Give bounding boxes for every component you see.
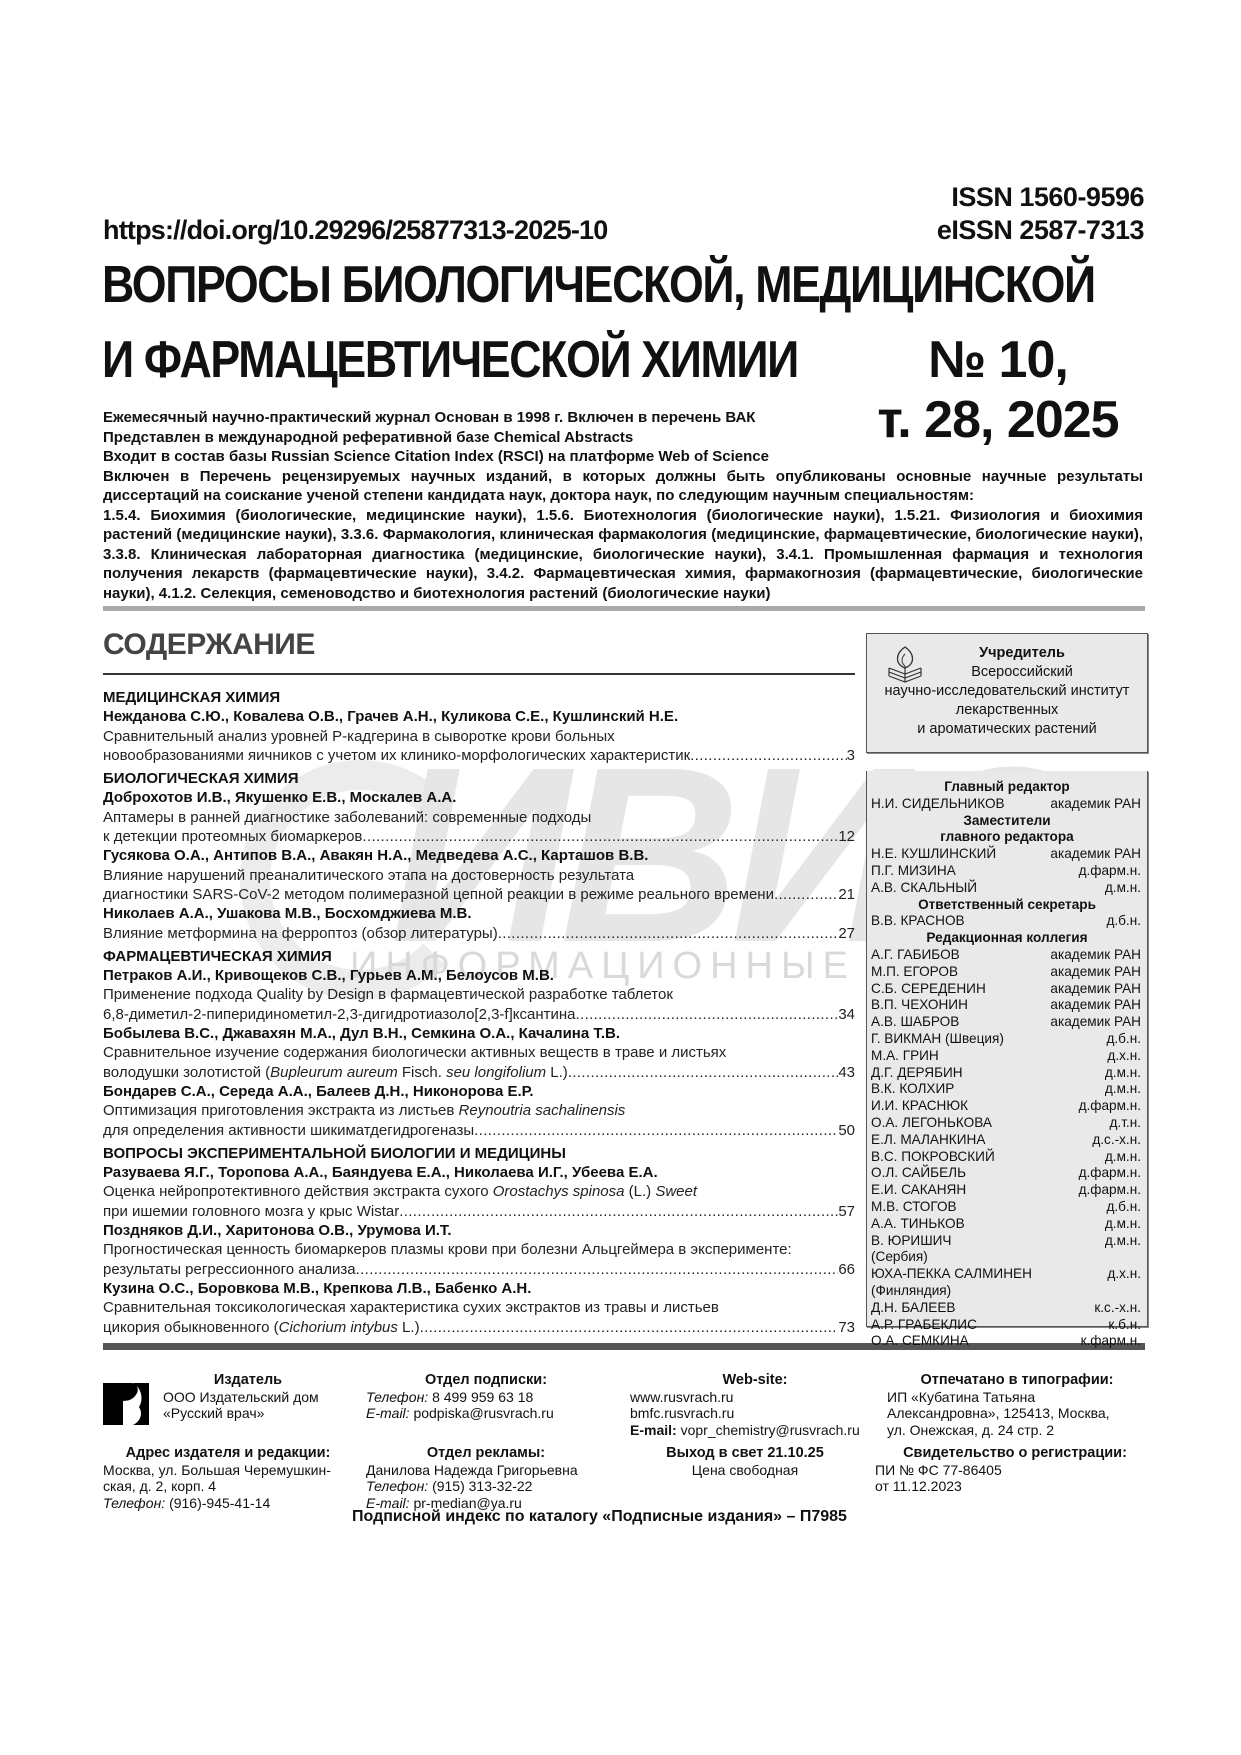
toc-page-number[interactable]: 34 [838, 1005, 855, 1024]
board-member: В.С. ПОКРОВСКИЙд.м.н. [867, 1149, 1147, 1166]
toc-article-title: Сравнительное изучение содержания биолог… [103, 1043, 855, 1062]
member-degree: д.фарм.н. [1079, 1098, 1141, 1115]
member-degree: д.х.н. [1107, 1266, 1141, 1283]
member-degree: к.фарм.н. [1081, 1333, 1141, 1350]
printing-line: Александровна», 125413, Москва, [887, 1405, 1147, 1422]
ads-phone[interactable]: (915) 313-32-22 [432, 1478, 532, 1494]
member-name: О.Л. САЙБЕЛЬ [871, 1165, 966, 1182]
member-degree: д.б.н. [1106, 1031, 1141, 1048]
board-member: Д.Н. БАЛЕЕВк.с.-х.н. [867, 1300, 1147, 1317]
member-degree: д.фарм.н. [1079, 1165, 1141, 1182]
member-name: И.И. КРАСНЮК [871, 1098, 968, 1115]
board-member: В. ЮРИШИЧд.м.н. [867, 1233, 1147, 1250]
toc-article-title-last: Влияние метформина на ферроптоз (обзор л… [103, 924, 855, 943]
founder-line: научно-исследовательский институт [867, 682, 1147, 701]
ads-contact: Данилова Надежда Григорьевна [366, 1462, 606, 1479]
dot-leader [474, 1121, 838, 1140]
dot-leader [576, 1005, 839, 1024]
registration-heading: Свидетельство о регистрации: [875, 1445, 1155, 1462]
member-degree: академик РАН [1050, 846, 1141, 863]
toc-page-number[interactable]: 27 [838, 924, 855, 943]
founder-box: Учредитель Всероссийский научно-исследов… [866, 633, 1148, 753]
member-degree: к.с.-х.н. [1094, 1300, 1141, 1317]
phone-label: Телефон: [366, 1389, 428, 1405]
dot-leader [774, 885, 838, 904]
toc-page-number[interactable]: 57 [838, 1202, 855, 1221]
toc-article-title-last: результаты регрессионного анализа66 [103, 1260, 855, 1279]
subscription-email[interactable]: podpiska@rusvrach.ru [413, 1405, 553, 1421]
printing-heading: Отпечатано в типографии: [887, 1372, 1147, 1389]
subscription-block: Отдел подписки: Телефон: 8 499 959 63 18… [366, 1372, 606, 1422]
toc-entry[interactable]: Бондарев С.А., Середа А.А., Балеев Д.Н.,… [103, 1082, 855, 1140]
board-member: А.А. ТИНЬКОВд.м.н. [867, 1216, 1147, 1233]
editorial-email[interactable]: vopr_chemistry@rusvrach.ru [681, 1422, 860, 1438]
board-member: П.Г. МИЗИНАд.фарм.н. [867, 863, 1147, 880]
release-block: Выход в свет 21.10.25 Цена свободная [630, 1445, 860, 1478]
toc-entry[interactable]: Доброхотов И.В., Якушенко Е.В., Москалев… [103, 788, 855, 846]
board-member: И.И. КРАСНЮКд.фарм.н. [867, 1098, 1147, 1115]
issn: ISSN 1560-9596 [937, 181, 1144, 214]
dot-leader [399, 1202, 838, 1221]
specialties: 1.5.4. Биохимия (биологические, медицинс… [103, 506, 1143, 604]
member-name: (Финляндия) [871, 1283, 951, 1300]
divider-top [103, 606, 1145, 611]
member-name: ЮХА-ПЕККА САЛМИНЕН [871, 1266, 1032, 1283]
toc-authors: Гусякова О.А., Антипов В.А., Авакян Н.А.… [103, 846, 855, 865]
member-degree: д.м.н. [1105, 1149, 1141, 1166]
editorial-board: Главный редакторН.И. СИДЕЛЬНИКОВакадемик… [866, 771, 1148, 1327]
registration-date: от 11.12.2023 [875, 1478, 1155, 1495]
toc-title: СОДЕРЖАНИЕ [103, 628, 315, 662]
toc-entry[interactable]: Бобылева В.С., Джавахян М.А., Дул В.Н., … [103, 1024, 855, 1082]
table-of-contents: МЕДИЦИНСКАЯ ХИМИЯНежданова С.Ю., Ковалев… [103, 684, 855, 1337]
subscription-phone[interactable]: 8 499 959 63 18 [432, 1389, 533, 1405]
member-name: О.А. ЛЕГОНЬКОВА [871, 1115, 992, 1132]
member-name: М.В. СТОГОВ [871, 1199, 957, 1216]
toc-article-title-last: новообразованиями яичников с учетом их к… [103, 746, 855, 765]
dot-leader [356, 1260, 839, 1279]
toc-article-title: Применение подхода Quality by Design в ф… [103, 985, 855, 1004]
phone-label: Телефон: [366, 1478, 428, 1494]
founder-text: Учредитель Всероссийский научно-исследов… [867, 644, 1147, 739]
toc-article-title-last: 6,8-диметил-2-пиперидинометил-2,3-дигидр… [103, 1005, 855, 1024]
member-name: В.В. КРАСНОВ [871, 913, 965, 930]
member-name: А.В. СКАЛЬНЫЙ [871, 880, 977, 897]
board-member: М.П. ЕГОРОВакадемик РАН [867, 964, 1147, 981]
toc-entry[interactable]: Поздняков Д.И., Харитонова О.В., Урумова… [103, 1221, 855, 1279]
toc-authors: Петраков А.И., Кривощеков С.В., Гурьев А… [103, 966, 855, 985]
board-member: Н.И. СИДЕЛЬНИКОВакадемик РАН [867, 796, 1147, 813]
board-member: О.А. ЛЕГОНЬКОВАд.т.н. [867, 1115, 1147, 1132]
toc-page-number[interactable]: 3 [847, 746, 855, 765]
dot-leader [568, 1063, 839, 1082]
toc-authors: Кузина О.С., Боровкова М.В., Крепкова Л.… [103, 1279, 855, 1298]
toc-page-number[interactable]: 66 [838, 1260, 855, 1279]
board-member: С.Б. СЕРЕДЕНИНакадемик РАН [867, 981, 1147, 998]
toc-authors: Бобылева В.С., Джавахян М.А., Дул В.Н., … [103, 1024, 855, 1043]
toc-article-title-last: при ишемии головного мозга у крыс Wistar… [103, 1202, 855, 1221]
member-name: (Сербия) [871, 1249, 928, 1266]
member-name: В.С. ПОКРОВСКИЙ [871, 1149, 995, 1166]
journal-info: Ежемесячный научно-практический журнал О… [103, 408, 1143, 603]
member-name: С.Б. СЕРЕДЕНИН [871, 981, 986, 998]
toc-article-title-last: к детекции протеомных биомаркеров12 [103, 827, 855, 846]
board-member: А.Г. ГАБИБОВакадемик РАН [867, 947, 1147, 964]
founder-line: лекарственных [867, 701, 1147, 720]
issue-number: № 10, [868, 330, 1128, 390]
member-name: М.П. ЕГОРОВ [871, 964, 958, 981]
rv-publisher-logo-icon [103, 1383, 149, 1425]
board-member: В.В. КРАСНОВд.б.н. [867, 913, 1147, 930]
member-name: В.П. ЧЕХОНИН [871, 997, 968, 1014]
board-member: М.А. ГРИНд.х.н. [867, 1048, 1147, 1065]
member-name: А.Г. ГАБИБОВ [871, 947, 960, 964]
website-block: Web-site: www.rusvrach.ru bmfc.rusvrach.… [630, 1372, 880, 1438]
toc-entry[interactable]: Петраков А.И., Кривощеков С.В., Гурьев А… [103, 966, 855, 1024]
founder-heading: Учредитель [867, 644, 1147, 663]
toc-authors: Разуваева Я.Г., Торопова А.А., Баяндуева… [103, 1163, 855, 1182]
website-url[interactable]: bmfc.rusvrach.ru [630, 1405, 880, 1422]
address-heading: Адрес издателя и редакции: [103, 1445, 353, 1462]
board-member: О.Л. САЙБЕЛЬд.фарм.н. [867, 1165, 1147, 1182]
toc-authors: Доброхотов И.В., Якушенко Е.В., Москалев… [103, 788, 855, 807]
board-member: А.В. ШАБРОВакадемик РАН [867, 1014, 1147, 1031]
printing-block: Отпечатано в типографии: ИП «Кубатина Та… [887, 1372, 1147, 1438]
ads-heading: Отдел рекламы: [366, 1445, 606, 1462]
email-label: E-mail: [630, 1422, 677, 1438]
toc-article-title-last: диагностики SARS-CoV-2 методом полимераз… [103, 885, 855, 904]
toc-article-title: Прогностическая ценность биомаркеров пла… [103, 1240, 855, 1259]
member-degree: д.х.н. [1107, 1048, 1141, 1065]
toc-page-number[interactable]: 43 [838, 1063, 855, 1082]
member-name: А.В. ШАБРОВ [871, 1014, 959, 1031]
board-member: А.В. СКАЛЬНЫЙд.м.н. [867, 880, 1147, 897]
toc-article-title: Аптамеры в ранней диагностике заболевани… [103, 808, 855, 827]
member-degree: академик РАН [1050, 1014, 1141, 1031]
toc-article-title-last: цикория обыкновенного (Cichorium intybus… [103, 1318, 855, 1337]
website-heading: Web-site: [630, 1372, 880, 1389]
toc-article-title: Оптимизация приготовления экстракта из л… [103, 1101, 855, 1120]
printing-line: ул. Онежская, д. 24 стр. 2 [887, 1422, 1147, 1439]
member-degree: д.т.н. [1110, 1115, 1142, 1132]
member-degree: д.б.н. [1106, 913, 1141, 930]
ads-block: Отдел рекламы: Данилова Надежда Григорье… [366, 1445, 606, 1511]
toc-entry[interactable]: Нежданова С.Ю., Ковалева О.В., Грачев А.… [103, 707, 855, 765]
phone-label: Телефон: [103, 1495, 165, 1511]
board-member: Г. ВИКМАН (Швеция)д.б.н. [867, 1031, 1147, 1048]
member-name: В.К. КОЛХИР [871, 1081, 954, 1098]
toc-authors: Поздняков Д.И., Харитонова О.В., Урумова… [103, 1221, 855, 1240]
toc-section-heading: ВОПРОСЫ ЭКСПЕРИМЕНТАЛЬНОЙ БИОЛОГИИ И МЕД… [103, 1144, 855, 1163]
toc-entry[interactable]: Николаев А.А., Ушакова М.В., Босхомджиев… [103, 904, 855, 943]
member-name: Г. ВИКМАН (Швеция) [871, 1031, 1004, 1048]
info-line-3: Входит в состав базы Russian Science Cit… [103, 447, 1143, 467]
toc-section-heading: МЕДИЦИНСКАЯ ХИМИЯ [103, 688, 855, 707]
member-degree: д.м.н. [1105, 880, 1141, 897]
member-name: Д.Г. ДЕРЯБИН [871, 1065, 963, 1082]
board-member: М.В. СТОГОВд.б.н. [867, 1199, 1147, 1216]
member-name: В. ЮРИШИЧ [871, 1233, 951, 1250]
toc-authors: Николаев А.А., Ушакова М.В., Босхомджиев… [103, 904, 855, 923]
board-member: В.К. КОЛХИРд.м.н. [867, 1081, 1147, 1098]
board-member: Е.И. САКАНЯНд.фарм.н. [867, 1182, 1147, 1199]
toc-section-heading: БИОЛОГИЧЕСКАЯ ХИМИЯ [103, 769, 855, 788]
address-phone[interactable]: (916)-945-41-14 [169, 1495, 270, 1511]
toc-entry[interactable]: Гусякова О.А., Антипов В.А., Авакян Н.А.… [103, 846, 855, 904]
member-degree: академик РАН [1050, 981, 1141, 998]
member-degree: академик РАН [1050, 947, 1141, 964]
member-degree: д.фарм.н. [1079, 1182, 1141, 1199]
toc-article-title: Сравнительный анализ уровней Р-кадгерина… [103, 727, 855, 746]
price: Цена свободная [630, 1462, 860, 1479]
member-degree: академик РАН [1050, 964, 1141, 981]
address-line: ская, д. 2, корп. 4 [103, 1478, 353, 1495]
toc-entry[interactable]: Разуваева Я.Г., Торопова А.А., Баяндуева… [103, 1163, 855, 1221]
member-name: Н.И. СИДЕЛЬНИКОВ [871, 796, 1005, 813]
member-degree: д.м.н. [1105, 1065, 1141, 1082]
dot-leader [498, 924, 839, 943]
board-member: Е.Л. МАЛАНКИНАд.с.-х.н. [867, 1132, 1147, 1149]
subscription-index: Подписной индекс по каталогу «Подписные … [352, 1508, 847, 1526]
toc-authors: Бондарев С.А., Середа А.А., Балеев Д.Н.,… [103, 1082, 855, 1101]
address-line: Москва, ул. Большая Черемушкин- [103, 1462, 353, 1479]
journal-title-line2: И ФАРМАЦЕВТИЧЕСКОЙ ХИМИИ [102, 330, 798, 390]
email-label: E-mail: [366, 1405, 410, 1421]
board-member: (Финляндия) [867, 1283, 1147, 1300]
toc-page-number[interactable]: 50 [838, 1121, 855, 1140]
member-name: О.А. СЕМКИНА [871, 1333, 969, 1350]
member-name: Н.Е. КУШЛИНСКИЙ [871, 846, 996, 863]
toc-article-title: Оценка нейропротективного действия экстр… [103, 1182, 855, 1201]
board-member: Н.Е. КУШЛИНСКИЙакадемик РАН [867, 846, 1147, 863]
issn-block: ISSN 1560-9596 eISSN 2587-7313 [937, 181, 1144, 247]
toc-page-number[interactable]: 12 [838, 827, 855, 846]
member-degree: к.б.н. [1108, 1317, 1141, 1334]
member-name: А.Р. ГРАБЕКЛИС [871, 1317, 977, 1334]
member-degree: академик РАН [1050, 997, 1141, 1014]
registration-number: ПИ № ФС 77-86405 [875, 1462, 1155, 1479]
toc-page-number[interactable]: 21 [838, 885, 855, 904]
info-line-1: Ежемесячный научно-практический журнал О… [103, 408, 1143, 428]
member-name: Е.И. САКАНЯН [871, 1182, 966, 1199]
toc-article-title: Сравнительная токсикологическая характер… [103, 1298, 855, 1317]
board-member: (Сербия) [867, 1249, 1147, 1266]
eissn: eISSN 2587-7313 [937, 214, 1144, 247]
toc-title-underline [103, 673, 855, 675]
release-date: Выход в свет 21.10.25 [630, 1445, 860, 1462]
dot-leader [362, 827, 838, 846]
member-name: М.А. ГРИН [871, 1048, 939, 1065]
founder-line: и ароматических растений [867, 720, 1147, 739]
member-degree: академик РАН [1050, 796, 1141, 813]
journal-title-line1: ВОПРОСЫ БИОЛОГИЧЕСКОЙ, МЕДИЦИНСКОЙ [102, 255, 1095, 315]
toc-article-title-last: для определения активности шикиматдегидр… [103, 1121, 855, 1140]
toc-authors: Нежданова С.Ю., Ковалева О.В., Грачев А.… [103, 707, 855, 726]
board-heading: главного редактора [867, 829, 1147, 846]
member-name: Д.Н. БАЛЕЕВ [871, 1300, 955, 1317]
member-degree: д.м.н. [1105, 1233, 1141, 1250]
founder-line: Всероссийский [867, 663, 1147, 682]
doi-link[interactable]: https://doi.org/10.29296/25877313-2025-1… [103, 215, 608, 246]
toc-page-number[interactable]: 73 [838, 1318, 855, 1337]
board-member: А.Р. ГРАБЕКЛИСк.б.н. [867, 1317, 1147, 1334]
member-degree: д.м.н. [1105, 1081, 1141, 1098]
toc-article-title: Влияние нарушений преаналитического этап… [103, 866, 855, 885]
info-line-2: Представлен в международной реферативной… [103, 428, 1143, 448]
website-url[interactable]: www.rusvrach.ru [630, 1389, 880, 1406]
member-name: П.Г. МИЗИНА [871, 863, 956, 880]
printing-line: ИП «Кубатина Татьяна [887, 1389, 1147, 1406]
member-degree: д.б.н. [1106, 1199, 1141, 1216]
toc-article-title-last: володушки золотистой (Bupleurum aureum F… [103, 1063, 855, 1082]
toc-entry[interactable]: Кузина О.С., Боровкова М.В., Крепкова Л.… [103, 1279, 855, 1337]
board-heading: Редакционная коллегия [867, 930, 1147, 947]
board-member: В.П. ЧЕХОНИНакадемик РАН [867, 997, 1147, 1014]
board-heading: Заместители [867, 813, 1147, 830]
board-heading: Главный редактор [867, 779, 1147, 796]
member-degree: д.м.н. [1105, 1216, 1141, 1233]
dot-leader [420, 1318, 839, 1337]
board-member: О.А. СЕМКИНАк.фарм.н. [867, 1333, 1147, 1350]
member-degree: д.с.-х.н. [1092, 1132, 1141, 1149]
info-line-4: Включен в Перечень рецензируемых научных… [103, 467, 1143, 506]
member-degree: д.фарм.н. [1079, 863, 1141, 880]
address-block: Адрес издателя и редакции: Москва, ул. Б… [103, 1445, 353, 1511]
member-name: Е.Л. МАЛАНКИНА [871, 1132, 985, 1149]
board-heading: Ответственный секретарь [867, 897, 1147, 914]
subscription-heading: Отдел подписки: [366, 1372, 606, 1389]
registration-block: Свидетельство о регистрации: ПИ № ФС 77-… [875, 1445, 1155, 1495]
dot-leader [690, 746, 847, 765]
board-member: ЮХА-ПЕККА САЛМИНЕНд.х.н. [867, 1266, 1147, 1283]
board-member: Д.Г. ДЕРЯБИНд.м.н. [867, 1065, 1147, 1082]
toc-section-heading: ФАРМАЦЕВТИЧЕСКАЯ ХИМИЯ [103, 947, 855, 966]
member-name: А.А. ТИНЬКОВ [871, 1216, 965, 1233]
